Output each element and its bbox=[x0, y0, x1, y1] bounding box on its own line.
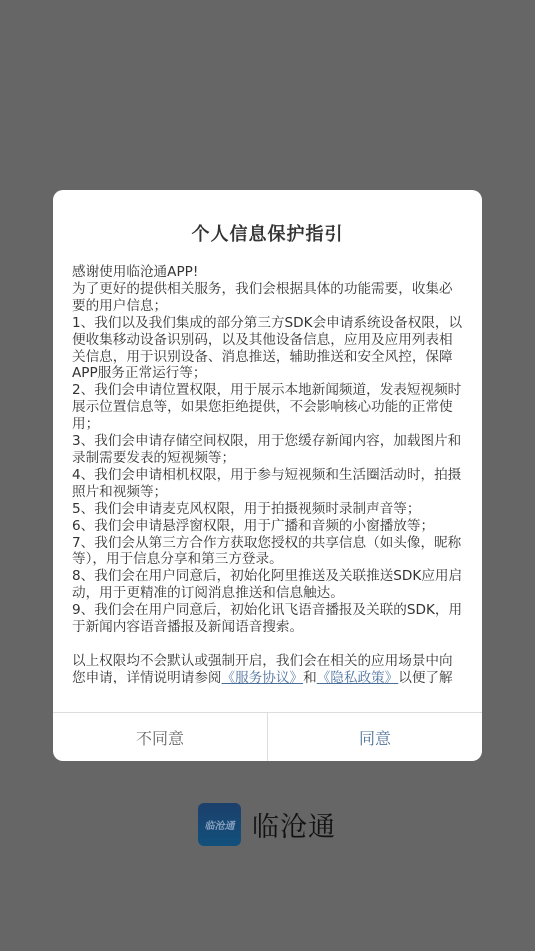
dialog-button-bar: 不同意 同意 bbox=[53, 712, 482, 761]
app-logo-icon-text: 临沧通 bbox=[205, 817, 235, 832]
paragraph-closing: 以上权限均不会默认或强制开启，我们会在相关的应用场景中向您申请，详情说明请参阅《… bbox=[72, 653, 463, 684]
paragraph-welcome: 感谢使用临沧通APP! bbox=[72, 264, 463, 281]
spacer bbox=[72, 636, 463, 653]
app-logo-icon: 临沧通 bbox=[198, 803, 241, 846]
paragraph-item-5: 5、我们会申请麦克风权限，用于拍摄视频时录制声音等； bbox=[72, 501, 463, 518]
disagree-button[interactable]: 不同意 bbox=[53, 713, 268, 761]
paragraph-intro: 为了更好的提供相关服务，我们会根据具体的功能需要，收集必要的用户信息； bbox=[72, 281, 463, 315]
dialog-title: 个人信息保护指引 bbox=[53, 220, 482, 246]
paragraph-item-9: 9、我们会在用户同意后，初始化讯飞语音播报及关联的SDK，用于新闻内容语音播报及… bbox=[72, 602, 463, 636]
paragraph-item-3: 3、我们会申请存储空间权限，用于您缓存新闻内容，加载图片和录制需要发表的短视频等… bbox=[72, 433, 463, 467]
paragraph-item-4: 4、我们会申请相机权限，用于参与短视频和生活圈活动时，拍摄照片和视频等； bbox=[72, 467, 463, 501]
agree-button[interactable]: 同意 bbox=[268, 713, 482, 761]
paragraph-item-8: 8、我们会在用户同意后，初始化阿里推送及关联推送SDK应用启动，用于更精准的订阅… bbox=[72, 568, 463, 602]
closing-text-and: 和 bbox=[303, 670, 317, 684]
privacy-policy-link[interactable]: 《隐私政策》 bbox=[317, 670, 399, 684]
brand-name: 临沧通 bbox=[252, 805, 336, 844]
brand-logo: 临沧通 临沧通 bbox=[198, 803, 336, 846]
dialog-content-scroll[interactable]: 感谢使用临沧通APP! 为了更好的提供相关服务，我们会根据具体的功能需要，收集必… bbox=[72, 264, 463, 684]
paragraph-item-7: 7、我们会从第三方合作方获取您授权的共享信息（如头像，昵称等），用于信息分享和第… bbox=[72, 535, 463, 569]
paragraph-item-1: 1、我们以及我们集成的部分第三方SDK会申请系统设备权限，以便收集移动设备识别码… bbox=[72, 315, 463, 383]
privacy-dialog: 个人信息保护指引 感谢使用临沧通APP! 为了更好的提供相关服务，我们会根据具体… bbox=[53, 190, 482, 761]
paragraph-item-6: 6、我们会申请悬浮窗权限，用于广播和音频的小窗播放等； bbox=[72, 518, 463, 535]
paragraph-item-2: 2、我们会申请位置权限，用于展示本地新闻频道，发表短视频时展示位置信息等，如果您… bbox=[72, 382, 463, 433]
service-agreement-link[interactable]: 《服务协议》 bbox=[222, 670, 304, 684]
